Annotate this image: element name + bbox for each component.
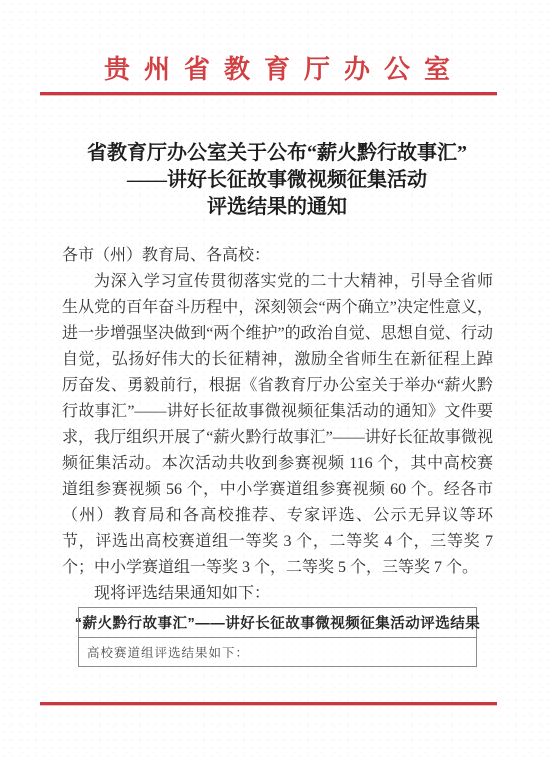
results-intro-line: 现将评选结果通知如下： — [62, 581, 493, 607]
results-table-university-track-row: 高校赛道组评选结果如下： — [79, 638, 476, 666]
document-title: 省教育厅办公室关于公布“薪火黔行故事汇” ——讲好长征故事微视频征集活动 评选结… — [30, 140, 524, 221]
document-title-line-1: 省教育厅办公室关于公布“薪火黔行故事汇” — [30, 140, 524, 167]
issuing-agency-header: 贵州省教育厅办公室 — [0, 49, 554, 86]
document-body: 各市（州）教育局、各高校： 为深入学习宣传贯彻落实党的二十大精神，引导全省师生从… — [62, 243, 493, 607]
results-table: “薪火黔行故事汇”——讲好长征故事微视频征集活动评选结果 高校赛道组评选结果如下… — [78, 607, 477, 667]
scanned-document-page: 贵州省教育厅办公室 省教育厅办公室关于公布“薪火黔行故事汇” ——讲好长征故事微… — [0, 0, 554, 760]
main-paragraph: 为深入学习宣传贯彻落实党的二十大精神，引导全省师生从党的百年奋斗历程中，深刻领会… — [62, 269, 493, 581]
footer-red-divider — [40, 702, 497, 705]
document-title-line-3: 评选结果的通知 — [30, 194, 524, 221]
salutation-line: 各市（州）教育局、各高校： — [62, 243, 493, 269]
document-title-line-2: ——讲好长征故事微视频征集活动 — [30, 167, 524, 194]
results-table-title-row: “薪火黔行故事汇”——讲好长征故事微视频征集活动评选结果 — [79, 608, 476, 638]
header-red-divider — [40, 92, 497, 95]
